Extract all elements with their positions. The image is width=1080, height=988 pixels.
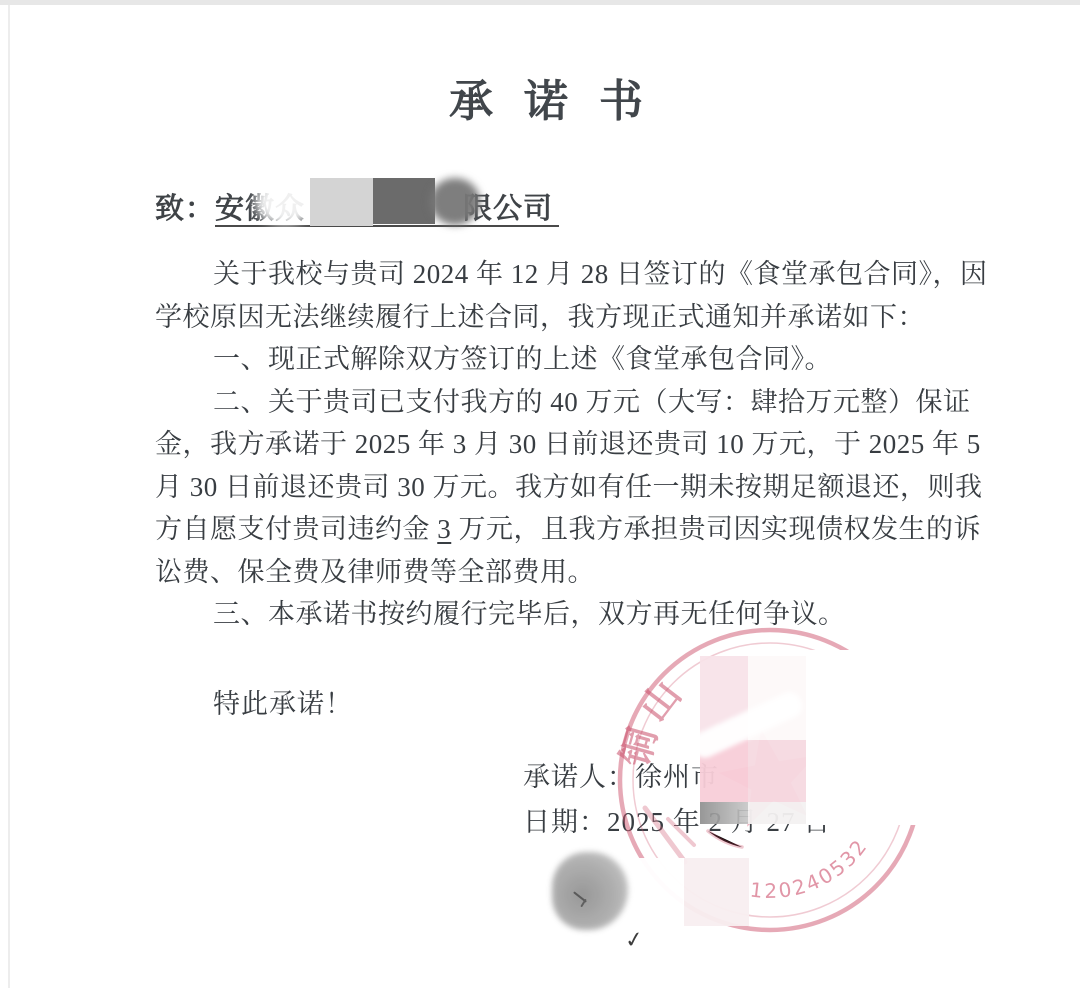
clause-2-line: 二、关于贵司已支付我方的 40 万元（大写：肆拾万元整）保证 (155, 381, 933, 424)
body-paragraphs: 关于我校与贵司 2024 年 12 月 28 日签订的《食堂承包合同》，因 学校… (155, 253, 933, 636)
clause-2-line: 讼费、保全费及律师费等全部费用。 (155, 551, 933, 594)
clause-2-line: 金，我方承诺于 2025 年 3 月 30 日前退还贵司 10 万元，于 202… (155, 423, 933, 466)
signer-label: 承诺人： (523, 762, 635, 792)
redaction-block-lightgray (310, 178, 373, 226)
redaction-block-pink (748, 740, 810, 802)
date-label: 日期： (523, 807, 607, 837)
redaction-block-darkgray (373, 178, 435, 224)
redaction-block-gray-gradient (700, 802, 748, 824)
clause-2-line: 方自愿支付贵司违约金 3 万元，且我方承担贵司因实现债权发生的诉 (155, 508, 933, 551)
redaction-block-white (806, 650, 926, 825)
redaction-block-pink (683, 858, 749, 926)
breach-pre-text: 方自愿支付贵司违约金 (155, 514, 437, 544)
breach-post-text: 万元，且我方承担贵司因实现债权发生的诉 (451, 514, 981, 544)
document-title: 承 诺 书 (155, 76, 933, 128)
clause-1-line: 一、现正式解除双方签订的上述《食堂承包合同》。 (155, 338, 933, 381)
body-line: 学校原因无法继续履行上述合同，我方现正式通知并承诺如下： (155, 296, 933, 339)
redaction-white-smudge (255, 180, 315, 225)
redaction-block-white (620, 858, 684, 926)
breach-amount: 3 (437, 514, 451, 544)
redaction-blob-gray (552, 852, 628, 930)
check-mark: ✓ (623, 927, 645, 954)
scanned-letter: { "colors": { "ink": "#383d42", "seal_re… (0, 0, 1080, 988)
clause-3-line: 三、本承诺书按约履行完毕后，双方再无任何争议。 (155, 593, 933, 636)
redaction-block-lightgray (748, 802, 810, 824)
clause-2-line: 月 30 日前退还贵司 30 万元。我方如有任一期未按期足额退还，则我 (155, 466, 933, 509)
addressee-prefix: 致： (155, 193, 215, 225)
redaction-ellipse-darkgray (430, 178, 480, 225)
body-line: 关于我校与贵司 2024 年 12 月 28 日签订的《食堂承包合同》，因 (155, 253, 933, 296)
